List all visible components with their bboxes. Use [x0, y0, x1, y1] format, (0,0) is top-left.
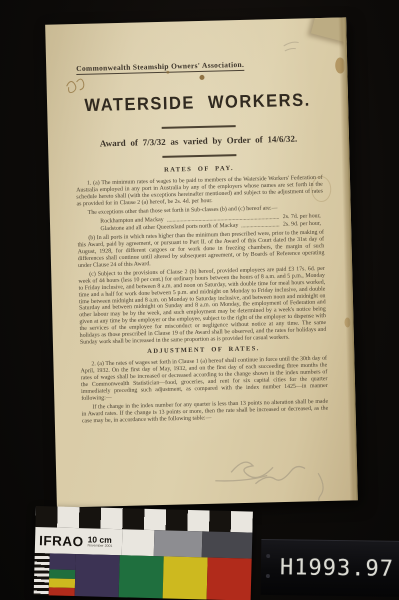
- patch-navy: [50, 554, 76, 571]
- gray-swatch-dark: [202, 532, 253, 559]
- page-corner-fold: [311, 17, 358, 44]
- paragraph: (b) In all ports in which rates higher t…: [77, 229, 324, 269]
- association-line: Commonwealth Steamship Owners' Associati…: [76, 60, 244, 75]
- foxing-spot: [166, 71, 169, 74]
- scale-brand-band: IFRAO 10 cm November 2001: [35, 527, 122, 555]
- plaque-hole: [266, 554, 270, 558]
- edge-stain: [335, 57, 345, 73]
- plaque-hole: [266, 574, 270, 578]
- divider-rule: [161, 125, 235, 129]
- photo-backdrop: Commonwealth Steamship Owners' Associati…: [0, 0, 399, 600]
- color-swatch-row: [34, 553, 252, 600]
- pencil-scribble-bottom-right: [318, 473, 323, 505]
- edge-stain: [344, 317, 350, 327]
- paragraph: If the change in the index number for an…: [81, 398, 328, 425]
- catalog-label: H1993.97: [261, 539, 399, 597]
- faint-ring-stain: [311, 176, 332, 202]
- paragraph: 2. (a) The rates of wages set forth in C…: [80, 355, 328, 402]
- pencil-scribble-bottom-right: [215, 461, 306, 485]
- swatch-navy: [75, 554, 120, 597]
- ifrao-scale-bar: IFRAO 10 cm November 2001: [34, 506, 253, 600]
- gray-swatch-white: [122, 530, 155, 557]
- ink-blot-mark: [66, 79, 83, 93]
- association-line-wrap: Commonwealth Steamship Owners' Associati…: [76, 51, 347, 76]
- paragraph: 1. (a) The minimum rates of wages to be …: [76, 174, 323, 207]
- divider-rule: [162, 154, 236, 158]
- document-body: RATES OF PAY. 1. (a) The minimum rates o…: [76, 163, 329, 424]
- scale-length-wrap: 10 cm November 2001: [87, 535, 112, 549]
- document-title: WATERSIDE WORKERS.: [47, 90, 348, 118]
- swatch-red: [207, 558, 252, 600]
- dotted-leader: [242, 226, 280, 228]
- award-line: Award of 7/3/32 as varied by Order of 14…: [48, 132, 349, 149]
- foxing-spot: [199, 75, 204, 80]
- scale-edition-text: November 2001: [87, 545, 112, 549]
- catalog-number: H1993.97: [280, 555, 394, 582]
- rate-amount: 2s. 9d. per hour,: [283, 220, 324, 228]
- paragraph: (c) Subject to the provisions of Clause …: [78, 265, 326, 346]
- swatch-green: [119, 555, 164, 598]
- document-page: Commonwealth Steamship Owners' Associati…: [45, 17, 358, 507]
- patch-red: [49, 587, 75, 596]
- fine-stripe-column: [34, 553, 50, 595]
- swatch-yellow: [163, 557, 208, 600]
- small-patch-column: [49, 554, 76, 596]
- ifrao-brand-text: IFRAO: [39, 533, 84, 549]
- gray-swatch-mid: [154, 530, 202, 557]
- pencil-note-top-right: [284, 42, 299, 51]
